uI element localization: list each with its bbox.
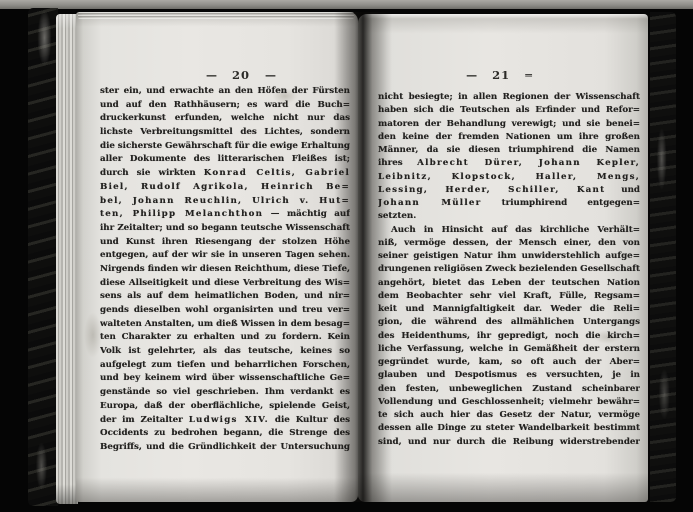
text-segment: diese Allseitigkeit und diese Verbreitun… — [100, 278, 350, 288]
text-line: sind, und nur durch die Reibung widerstr… — [378, 436, 640, 449]
text-segment: Volk ist gelehrter, als das teutsche, ke… — [100, 346, 350, 356]
text-line: Occidents zu bedrohen begann, die Streng… — [100, 427, 350, 441]
text-segment: drungenen religiösen Zweck bezielenden G… — [378, 264, 640, 274]
text-line: drungenen religiösen Zweck bezielenden G… — [378, 263, 640, 276]
text-segment: und Kunst ihren Riesengang der stolzen H… — [100, 237, 350, 247]
letterspaced-name-text: Albrecht Dürer, Johann Kepler, — [417, 158, 640, 168]
text-line: gion, die während des allmählichen Unter… — [378, 316, 640, 329]
letterspaced-name-text: Konrad Celtis, Gabriel — [204, 168, 350, 178]
text-segment: ihres — [378, 158, 417, 168]
text-segment: ster ein, und erwachte an den Höfen der … — [100, 86, 350, 96]
text-segment: gion, die während des allmählichen Unter… — [378, 317, 640, 327]
text-line: Männer, da sie diesen triumphirend die N… — [378, 144, 640, 157]
text-line: entgegen, auf der wir sie in unseren Tag… — [100, 249, 350, 263]
text-segment: sind, und nur durch die Reibung widerstr… — [378, 437, 640, 447]
text-segment: und — [605, 185, 640, 195]
text-line: ten Charakter zu erhalten und zu fordern… — [100, 331, 350, 345]
text-line: lichste Verbreitungsmittel des Lichtes, … — [100, 126, 350, 140]
text-segment: entgegen, auf der wir sie in unseren Tag… — [100, 250, 350, 260]
text-line: Volk ist gelehrter, als das teutsche, ke… — [100, 345, 350, 359]
letterspaced-name-text: Leibnitz, Klopstock, Haller, Mengs, — [378, 172, 640, 182]
page-number: 20 — [232, 68, 250, 82]
text-line: Leibnitz, Klopstock, Haller, Mengs, — [378, 171, 640, 184]
letterspaced-name-text: Biel, Rudolf Agrikola, Heinrich Be= — [100, 182, 350, 192]
text-line: der im Zeitalter Ludwigs XIV. die Kultur… — [100, 414, 350, 428]
header-dash: — — [265, 69, 276, 82]
page-header: — 21 ═ — [368, 68, 630, 82]
letterspaced-name-text: Lessing, Herder, Schiller, Kant — [378, 185, 605, 195]
text-line: Auch in Hinsicht auf das kirchliche Verh… — [378, 224, 640, 237]
text-line: aller Dokumente des litterarischen Fleiß… — [100, 153, 350, 167]
text-segment: te sich auch hier das Gesetz der Natur, … — [378, 410, 640, 420]
text-line: dem Beobachter sehr viel Kraft, Fülle, R… — [378, 290, 640, 303]
text-segment: den festen, unbeweglichen Zustand schein… — [378, 384, 640, 394]
text-segment: sens als auf dem heimatlichen Boden, und… — [100, 291, 350, 301]
text-block: ster ein, und erwachte an den Höfen der … — [100, 85, 350, 455]
text-segment: lichste Verbreitungsmittel des Lichtes, … — [100, 127, 350, 140]
letterspaced-name-text: ten, Philipp Melanchthon — [100, 209, 263, 219]
text-line: und Kunst ihren Riesengang der stolzen H… — [100, 236, 350, 250]
text-line: haben sich die Teutschen als Erfinder un… — [378, 104, 640, 117]
text-line: glauben und Despotismus es versuchten, j… — [378, 369, 640, 382]
left-page: — 20 — ster ein, und erwachte an den Höf… — [76, 12, 358, 502]
text-line: Lessing, Herder, Schiller, Kant und — [378, 184, 640, 197]
text-segment: glauben und Despotismus es versuchten, j… — [378, 370, 640, 380]
text-line: sens als auf dem heimatlichen Boden, und… — [100, 290, 350, 304]
text-line: druckerkunst erfunden, welche nicht nur … — [100, 112, 350, 126]
text-segment: Vollendung und Geschlossenheit; vielmehr… — [378, 397, 640, 407]
letterspaced-name-text: Ludwigs XIV. — [189, 415, 269, 425]
header-dash: ═ — [525, 69, 532, 82]
text-segment: setzten. — [378, 211, 416, 221]
book-cover-right-edge — [650, 12, 676, 502]
text-line: Vollendung und Geschlossenheit; vielmehr… — [378, 396, 640, 409]
text-segment: triumphirend entgegen= — [482, 198, 641, 208]
text-segment: der im Zeitalter — [100, 415, 189, 425]
table-edge-strip — [0, 0, 693, 9]
text-line: nicht besiegte; in allen Regionen der Wi… — [378, 91, 640, 104]
text-block: nicht besiegte; in allen Regionen der Wi… — [378, 91, 640, 449]
text-line: gegründet wurde, kam, so oft auch der Ab… — [378, 356, 640, 369]
text-line: gends dieselben wohl organisirten und tr… — [100, 304, 350, 318]
text-segment: liche Verfassung, welche in Gemäßheit de… — [378, 344, 640, 354]
text-line: angehört, bietet das Leben der teutschen… — [378, 277, 640, 290]
text-segment: druckerkunst erfunden, welche nicht nur … — [100, 113, 350, 126]
text-line: matoren der Behandlung verewigt; und sie… — [378, 118, 640, 131]
page-number: 21 — [492, 68, 510, 82]
text-segment: gegründet wurde, kam, so oft auch der Ab… — [378, 357, 640, 367]
text-segment: Europa, daß der oberflächliche, spielend… — [100, 401, 350, 411]
text-segment: haben sich die Teutschen als Erfinder un… — [378, 105, 640, 115]
text-line: diese Allseitigkeit und diese Verbreitun… — [100, 277, 350, 291]
text-segment: genstände so viel geschrieben. Ihm verda… — [100, 387, 350, 397]
text-line: keit und Mannigfaltigkeit dar. Weder die… — [378, 303, 640, 316]
text-segment: durch sie wirkten — [100, 168, 204, 178]
text-line: Nirgends finden wir diesen Reichthum, di… — [100, 263, 350, 277]
text-line: und auf den Rathhäusern; es ward die Buc… — [100, 99, 350, 113]
text-segment: keit und Mannigfaltigkeit dar. Weder die… — [378, 304, 640, 314]
text-line: durch sie wirkten Konrad Celtis, Gabriel — [100, 167, 350, 181]
text-segment: Begriffs, und die Gründlichkeit der Unte… — [100, 442, 350, 452]
text-line: des Heidenthums, ihr gepredigt, noch die… — [378, 330, 640, 343]
text-segment: dessen alle Dinge zu steter Wandelbarkei… — [378, 423, 640, 433]
text-segment: und auf den Rathhäusern; es ward die Buc… — [100, 100, 350, 110]
text-line: die sicherste Gewährschaft für die ewige… — [100, 140, 350, 154]
page-header: — 20 — — [116, 68, 366, 82]
header-dash: — — [206, 69, 217, 82]
text-line: walteten Anstalten, um dieß Wissen in de… — [100, 318, 350, 332]
text-line: liche Verfassung, welche in Gemäßheit de… — [378, 343, 640, 356]
text-segment: matoren der Behandlung verewigt; und sie… — [378, 119, 640, 129]
page-stack-fore-edge — [56, 14, 78, 504]
text-segment: Occidents zu bedrohen begann, die Streng… — [100, 428, 350, 438]
text-segment: den keine der fremden Nationen um ihre g… — [378, 132, 640, 142]
page-top-edge-lines — [78, 12, 354, 19]
text-segment: Auch in Hinsicht auf das kirchliche Verh… — [391, 225, 640, 235]
book-cover-left-edge — [28, 8, 58, 506]
letterspaced-name-text: Johann Müller — [378, 198, 482, 208]
text-segment: nicht besiegte; in allen Regionen der Wi… — [378, 92, 640, 102]
text-segment: niß, vermöge dessen, der Mensch einer, d… — [378, 238, 640, 248]
text-line: und bey keinem wird über wissenschaftlic… — [100, 372, 350, 386]
text-line: bel, Johann Reuchlin, Ulrich v. Hut= — [100, 195, 350, 209]
text-line: Begriffs, und die Gründlichkeit der Unte… — [100, 441, 350, 455]
text-line: aufgelegt zum tiefen und beharrlichen Fo… — [100, 359, 350, 373]
header-dash: — — [466, 69, 477, 82]
text-segment: aufgelegt zum tiefen und beharrlichen Fo… — [100, 360, 350, 370]
text-segment: — mächtig auf — [263, 209, 350, 219]
text-segment: seiner geistigen Natur ihm unwiderstehli… — [378, 251, 640, 261]
photo-of-open-book: — 20 — ster ein, und erwachte an den Höf… — [0, 0, 693, 512]
text-segment: walteten Anstalten, um dieß Wissen in de… — [100, 319, 350, 329]
text-segment: gends dieselben wohl organisirten und tr… — [100, 305, 350, 315]
text-segment: des Heidenthums, ihr gepredigt, noch die… — [378, 331, 640, 341]
text-line: den festen, unbeweglichen Zustand schein… — [378, 383, 640, 396]
text-line: Biel, Rudolf Agrikola, Heinrich Be= — [100, 181, 350, 195]
text-segment: die sicherste Gewährschaft für die ewige… — [100, 141, 350, 151]
text-line: te sich auch hier das Gesetz der Natur, … — [378, 409, 640, 422]
text-segment: und bey keinem wird über wissenschaftlic… — [100, 373, 350, 383]
text-line: dessen alle Dinge zu steter Wandelbarkei… — [378, 422, 640, 435]
text-line: Europa, daß der oberflächliche, spielend… — [100, 400, 350, 414]
text-segment: die Kultur des — [269, 415, 350, 425]
text-line: genstände so viel geschrieben. Ihm verda… — [100, 386, 350, 400]
text-segment: angehört, bietet das Leben der teutschen… — [378, 278, 640, 288]
text-segment: Männer, da sie diesen triumphirend die N… — [378, 145, 640, 155]
text-line: ster ein, und erwachte an den Höfen der … — [100, 85, 350, 99]
right-page: — 21 ═ nicht besiegte; in allen Regionen… — [358, 14, 648, 502]
text-line: ihres Albrecht Dürer, Johann Kepler, — [378, 157, 640, 170]
text-line: den keine der fremden Nationen um ihre g… — [378, 131, 640, 144]
text-line: setzten. — [378, 210, 640, 223]
letterspaced-name-text: bel, Johann Reuchlin, Ulrich v. Hut= — [100, 196, 350, 206]
text-segment: dem Beobachter sehr viel Kraft, Fülle, R… — [378, 291, 640, 301]
text-line: niß, vermöge dessen, der Mensch einer, d… — [378, 237, 640, 250]
text-line: seiner geistigen Natur ihm unwiderstehli… — [378, 250, 640, 263]
text-segment: ten Charakter zu erhalten und zu fordern… — [100, 332, 350, 342]
text-line: Johann Müller triumphirend entgegen= — [378, 197, 640, 210]
text-line: ihr Zeitalter; und so begann teutsche Wi… — [100, 222, 350, 236]
text-line: ten, Philipp Melanchthon — mächtig auf — [100, 208, 350, 222]
text-segment: aller Dokumente des litterarischen Fleiß… — [100, 154, 350, 164]
text-segment: ihr Zeitalter; und so begann teutsche Wi… — [100, 223, 350, 233]
text-segment: Nirgends finden wir diesen Reichthum, di… — [100, 264, 350, 274]
